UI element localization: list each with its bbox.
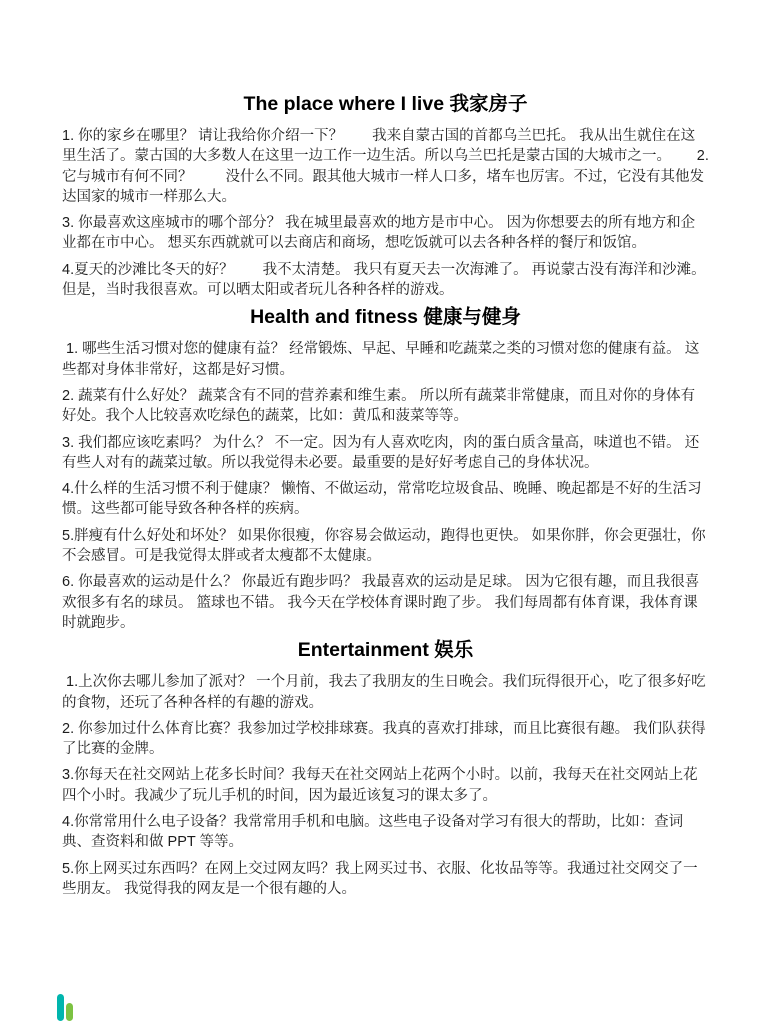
document-content: The place where I live 我家房子 1. 你的家乡在哪里？ …: [62, 0, 709, 905]
paragraph-entertainment-1: 1.上次你去哪儿参加了派对？ 一个月前，我去了我朋友的生日晚会。我们玩得很开心，…: [62, 672, 709, 713]
paragraph-entertainment-3: 3.你每天在社交网站上花多长时间？我每天在社交网站上花两个小时。以前，我每天在社…: [62, 765, 709, 806]
document-page: The place where I live 我家房子 1. 你的家乡在哪里？ …: [0, 0, 768, 1024]
paragraph-entertainment-4: 4.你常常用什么电子设备？我常常用手机和电脑。这些电子设备对学习有很大的帮助，比…: [62, 812, 709, 853]
paragraph-entertainment-2: 2. 你参加过什么体育比赛？我参加过学校排球赛。我真的喜欢打排球，而且比赛很有趣…: [62, 719, 709, 760]
section-heading-health: Health and fitness 健康与健身: [62, 306, 709, 329]
section-entertainment: Entertainment 娱乐 1.上次你去哪儿参加了派对？ 一个月前，我去了…: [62, 639, 709, 899]
paragraph-health-4: 4.什么样的生活习惯不利于健康？ 懒惰、不做运动，常常吃垃圾食品、晚睡、晚起都是…: [62, 479, 709, 520]
section-health-and-fitness: Health and fitness 健康与健身 1. 哪些生活习惯对您的健康有…: [62, 306, 709, 633]
paragraph-place-3: 4.夏天的沙滩比冬天的好？ 我不太清楚。 我只有夏天去一次海滩了。 再说蒙古没有…: [62, 260, 709, 301]
brand-bar-green-icon: [66, 1003, 73, 1021]
paragraph-health-6: 6. 你最喜欢的运动是什么？ 你最近有跑步吗？ 我最喜欢的运动是足球。 因为它很…: [62, 572, 709, 633]
section-heading-place: The place where I live 我家房子: [62, 93, 709, 116]
brand-bar-teal-icon: [57, 994, 64, 1021]
section-place-where-i-live: The place where I live 我家房子 1. 你的家乡在哪里？ …: [62, 93, 709, 300]
paragraph-health-1: 1. 哪些生活习惯对您的健康有益？ 经常锻炼、早起、早睡和吃蔬菜之类的习惯对您的…: [62, 339, 709, 380]
paragraph-health-2: 2. 蔬菜有什么好处？ 蔬菜含有不同的营养素和维生素。 所以所有蔬菜非常健康，而…: [62, 386, 709, 427]
paragraph-entertainment-5: 5.你上网买过东西吗？在网上交过网友吗？我上网买过书、衣服、化妆品等等。我通过社…: [62, 859, 709, 900]
paragraph-place-2: 3. 你最喜欢这座城市的哪个部分？ 我在城里最喜欢的地方是市中心。 因为你想要去…: [62, 213, 709, 254]
paragraph-place-1: 1. 你的家乡在哪里？ 请让我给你介绍一下？ 我来自蒙古国的首都乌兰巴托。 我从…: [62, 126, 709, 207]
section-heading-entertainment: Entertainment 娱乐: [62, 639, 709, 662]
paragraph-health-5: 5.胖瘦有什么好处和坏处？ 如果你很瘦，你容易会做运动，跑得也更快。 如果你胖，…: [62, 526, 709, 567]
brand-bars-icon: [57, 994, 73, 1021]
paragraph-health-3: 3. 我们都应该吃素吗？ 为什么？ 不一定。因为有人喜欢吃肉，肉的蛋白质含量高，…: [62, 433, 709, 474]
